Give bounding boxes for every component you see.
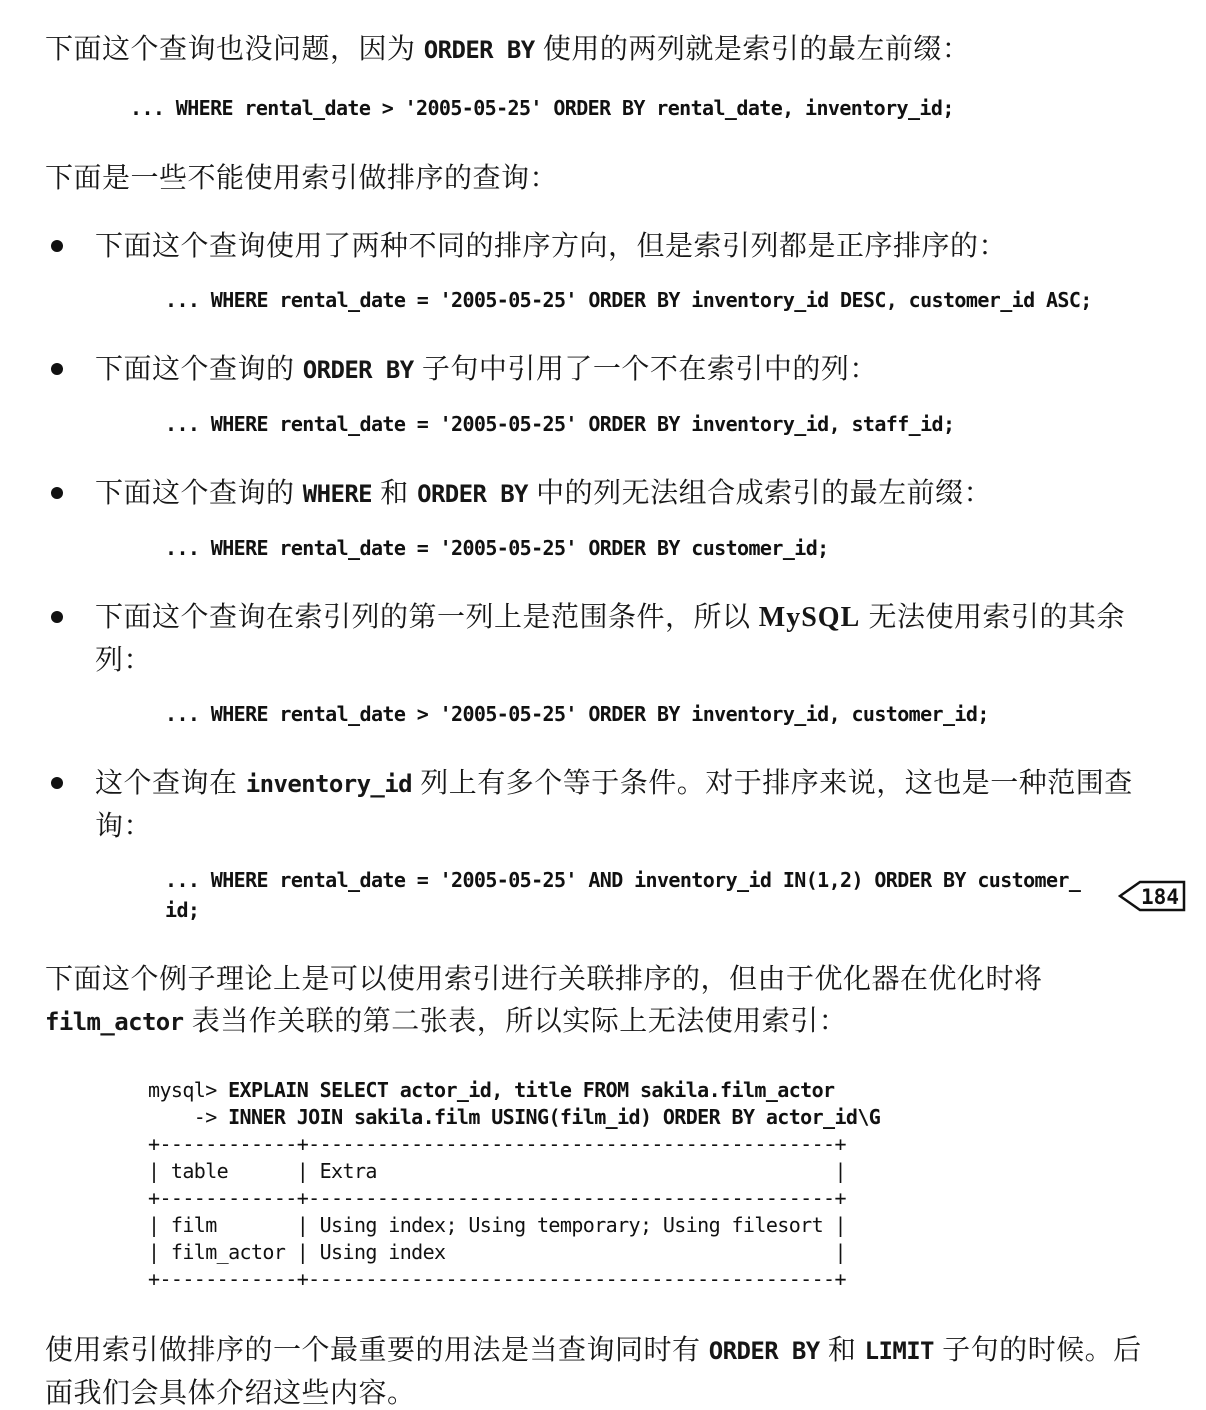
- text-segment: 下面是一些不能使用索引做排序的查询：: [45, 162, 558, 193]
- paragraph-intro: 下面这个查询也没问题，因为 ORDER BY 使用的两列就是索引的最左前缀：: [45, 28, 1158, 71]
- terminal-line: | film | Using index; Using temporary; U…: [148, 1212, 1158, 1239]
- bullet-content: 下面这个查询的 ORDER BY 子句中引用了一个不在索引中的列： ... WH…: [95, 348, 1158, 472]
- text-segment: | film_actor | Using index |: [148, 1240, 846, 1264]
- terminal-line: -> INNER JOIN sakila.film USING(film_id)…: [148, 1104, 1158, 1131]
- bullet-content: 下面这个查询的 WHERE 和 ORDER BY 中的列无法组合成索引的最左前缀…: [95, 472, 1158, 596]
- text-segment: mysql>: [148, 1078, 228, 1102]
- text-segment: ORDER BY: [417, 480, 528, 508]
- bullet-column: [45, 225, 95, 252]
- text-segment: 下面这个查询使用了两种不同的排序方向，但是索引列都是正序排序的：: [95, 230, 1007, 261]
- text-segment: | table | Extra |: [148, 1159, 846, 1183]
- code-line: ... WHERE rental_date = '2005-05-25' AND…: [165, 865, 1158, 925]
- code-line: ... WHERE rental_date = '2005-05-25' ORD…: [165, 409, 1158, 439]
- paragraph-list-intro: 下面是一些不能使用索引做排序的查询：: [45, 157, 1158, 199]
- bullet-item: 下面这个查询使用了两种不同的排序方向，但是索引列都是正序排序的： ... WHE…: [45, 225, 1158, 348]
- bullet-item: 下面这个查询的 WHERE 和 ORDER BY 中的列无法组合成索引的最左前缀…: [45, 472, 1158, 596]
- paragraph-closing: 使用索引做排序的一个最重要的用法是当查询同时有 ORDER BY 和 LIMIT…: [45, 1329, 1158, 1410]
- text-segment: 下面这个查询也没问题，因为: [45, 33, 424, 64]
- terminal-line: +------------+--------------------------…: [148, 1185, 1158, 1212]
- bullet-text: 下面这个查询使用了两种不同的排序方向，但是索引列都是正序排序的：: [95, 225, 1158, 267]
- bullet-content: 下面这个查询在索引列的第一列上是范围条件，所以 MySQL 无法使用索引的其余列…: [95, 596, 1158, 762]
- text-segment: EXPLAIN SELECT actor_id, title FROM saki…: [228, 1078, 834, 1102]
- bullet-item: 下面这个查询在索引列的第一列上是范围条件，所以 MySQL 无法使用索引的其余列…: [45, 596, 1158, 762]
- text-segment: ORDER BY: [303, 356, 414, 384]
- terminal-line: +------------+--------------------------…: [148, 1266, 1158, 1293]
- text-segment: 和: [372, 477, 417, 508]
- text-segment: LIMIT: [865, 1337, 934, 1365]
- bullet-column: [45, 348, 95, 375]
- text-segment: +------------+--------------------------…: [148, 1186, 846, 1210]
- bullet-list: 下面这个查询使用了两种不同的排序方向，但是索引列都是正序排序的： ... WHE…: [45, 225, 1158, 958]
- text-segment: 子句中引用了一个不在索引中的列：: [414, 353, 878, 384]
- text-segment: 使用的两列就是索引的最左前缀：: [535, 33, 971, 64]
- bullet-icon: [51, 363, 63, 375]
- text-segment: | film | Using index; Using temporary; U…: [148, 1213, 846, 1237]
- text-segment: ORDER BY: [709, 1337, 820, 1365]
- text-segment: 中的列无法组合成索引的最左前缀：: [528, 477, 992, 508]
- text-segment: ORDER BY: [424, 36, 535, 64]
- terminal-output: mysql> EXPLAIN SELECT actor_id, title FR…: [148, 1077, 1158, 1293]
- bullet-item: 下面这个查询的 ORDER BY 子句中引用了一个不在索引中的列： ... WH…: [45, 348, 1158, 472]
- terminal-line: | table | Extra |: [148, 1158, 1158, 1185]
- text-segment: 下面这个查询的: [95, 353, 303, 384]
- text-segment: WHERE: [303, 480, 372, 508]
- bullet-icon: [51, 240, 63, 252]
- bullet-content: 这个查询在 inventory_id 列上有多个等于条件。对于排序来说，这也是一…: [95, 762, 1158, 958]
- text-segment: 这个查询在: [95, 767, 246, 798]
- code-line: ... WHERE rental_date = '2005-05-25' ORD…: [165, 533, 1158, 563]
- text-segment: +------------+--------------------------…: [148, 1132, 846, 1156]
- terminal-line: mysql> EXPLAIN SELECT actor_id, title FR…: [148, 1077, 1158, 1104]
- text-segment: INNER JOIN sakila.film USING(film_id) OR…: [228, 1105, 880, 1129]
- text-segment: 表当作关联的第二张表，所以实际上无法使用索引：: [184, 1005, 848, 1036]
- text-segment: 下面这个查询的: [95, 477, 303, 508]
- code-line: ... WHERE rental_date > '2005-05-25' ORD…: [165, 699, 1158, 729]
- text-segment: inventory_id: [246, 770, 412, 798]
- text-segment: ->: [148, 1105, 228, 1129]
- text-segment: 使用索引做排序的一个最重要的用法是当查询同时有: [45, 1334, 709, 1365]
- bullet-content: 下面这个查询使用了两种不同的排序方向，但是索引列都是正序排序的： ... WHE…: [95, 225, 1158, 348]
- page-number-label: 184: [1141, 885, 1179, 909]
- bullet-column: [45, 596, 95, 623]
- text-segment: 和: [820, 1334, 865, 1365]
- text-segment: MySQL: [759, 602, 860, 633]
- bullet-text: 这个查询在 inventory_id 列上有多个等于条件。对于排序来说，这也是一…: [95, 762, 1158, 847]
- terminal-line: | film_actor | Using index |: [148, 1239, 1158, 1266]
- text-segment: +------------+--------------------------…: [148, 1267, 846, 1291]
- book-page: 下面这个查询也没问题，因为 ORDER BY 使用的两列就是索引的最左前缀： .…: [45, 28, 1158, 1410]
- bullet-column: [45, 762, 95, 789]
- text-segment: 下面这个例子理论上是可以使用索引进行关联排序的，但由于优化器在优化时将: [45, 963, 1043, 994]
- text-segment: film_actor: [45, 1008, 184, 1036]
- bullet-column: [45, 472, 95, 499]
- code-wrapper: ... WHERE rental_date = '2005-05-25' AND…: [95, 865, 1158, 925]
- bullet-icon: [51, 777, 63, 789]
- page-number-marker: 184: [1118, 879, 1186, 913]
- paragraph-join-example: 下面这个例子理论上是可以使用索引进行关联排序的，但由于优化器在优化时将 film…: [45, 958, 1158, 1043]
- bullet-text: 下面这个查询的 WHERE 和 ORDER BY 中的列无法组合成索引的最左前缀…: [95, 472, 1158, 515]
- code-line: ... WHERE rental_date > '2005-05-25' ORD…: [130, 93, 1158, 123]
- page-marker-icon: 184: [1118, 879, 1186, 913]
- bullet-text: 下面这个查询的 ORDER BY 子句中引用了一个不在索引中的列：: [95, 348, 1158, 391]
- text-segment: 下面这个查询在索引列的第一列上是范围条件，所以: [95, 601, 759, 632]
- bullet-text: 下面这个查询在索引列的第一列上是范围条件，所以 MySQL 无法使用索引的其余列…: [95, 596, 1158, 681]
- bullet-icon: [51, 611, 63, 623]
- bullet-icon: [51, 487, 63, 499]
- bullet-item: 这个查询在 inventory_id 列上有多个等于条件。对于排序来说，这也是一…: [45, 762, 1158, 958]
- code-line: ... WHERE rental_date = '2005-05-25' ORD…: [165, 285, 1158, 315]
- terminal-line: +------------+--------------------------…: [148, 1131, 1158, 1158]
